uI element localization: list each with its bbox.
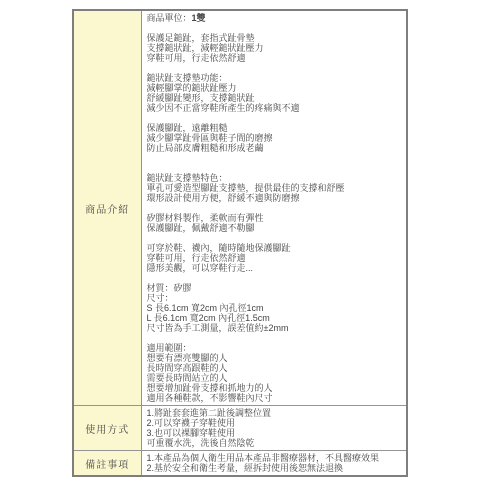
text-line	[147, 203, 402, 213]
text-line: 隱形美觀，可以穿鞋行走...	[147, 263, 402, 273]
text-line: 適用範圍：	[147, 343, 402, 353]
text-line	[147, 113, 402, 123]
text-line: S 長6.1cm 寬2cm 內孔徑1cm	[147, 303, 402, 313]
text-line: 減少因不正當穿鞋所產生的疼痛與不適	[147, 103, 402, 113]
text-line	[147, 273, 402, 283]
text-line: 尺寸：	[147, 293, 402, 303]
row-content: 商品單位：1雙保護足鎚趾，套指式趾骨墊支撐鎚狀趾，減輕鎚狀趾壓力穿鞋可用，行走依…	[141, 10, 407, 406]
text-line: 保護足鎚趾，套指式趾骨墊	[147, 33, 402, 43]
text-line: 防止局部皮膚粗糙和形成老繭	[147, 143, 402, 153]
text-line: 保護腳趾，佩戴舒適不勒腳	[147, 223, 402, 233]
text-line: 減輕腳掌的鎚狀趾壓力	[147, 83, 402, 93]
text-line: 適用各種鞋款，不影響鞋內尺寸	[147, 393, 402, 403]
table-row: 備註事項1.本產品為個人衛生用品本產品非醫療器材，不具醫療效果2.基於安全和衛生…	[73, 451, 407, 477]
text-line: 需要長時間站立的人	[147, 373, 402, 383]
text-line: 環形設計使用方便，舒緩不適與防磨擦	[147, 193, 402, 203]
text-line: 矽膠材料製作，柔軟而有彈性	[147, 213, 402, 223]
text-line: 尺寸皆為手工測量，誤差值約±2mm	[147, 323, 402, 333]
text-line: 鎚狀趾支撐墊特色：	[147, 173, 402, 183]
row-label: 使用方式	[73, 406, 141, 451]
text-line	[147, 23, 402, 33]
text-line: 保護腳趾，遠離粗糙	[147, 123, 402, 133]
row-content: 1.本產品為個人衛生用品本產品非醫療器材，不具醫療效果2.基於安全和衛生考量，經…	[141, 451, 407, 477]
product-spec-table: 商品介紹商品單位：1雙保護足鎚趾，套指式趾骨墊支撐鎚狀趾，減輕鎚狀趾壓力穿鞋可用…	[72, 9, 408, 477]
product-spec-table-body: 商品介紹商品單位：1雙保護足鎚趾，套指式趾骨墊支撐鎚狀趾，減輕鎚狀趾壓力穿鞋可用…	[73, 10, 407, 476]
table-row: 商品介紹商品單位：1雙保護足鎚趾，套指式趾骨墊支撐鎚狀趾，減輕鎚狀趾壓力穿鞋可用…	[73, 10, 407, 406]
text-line: 1.本產品為個人衛生用品本產品非醫療器材，不具醫療效果	[147, 453, 402, 463]
text-line: 商品單位：1雙	[147, 13, 402, 23]
text-line: L 長6.1cm 寬2cm 內孔徑1.5cm	[147, 313, 402, 323]
text-line	[147, 63, 402, 73]
text-line: 1.將趾套套進第二趾後調整位置	[147, 408, 402, 418]
text-line: 長時間穿高跟鞋的人	[147, 363, 402, 373]
row-label: 備註事項	[73, 451, 141, 477]
row-content: 1.將趾套套進第二趾後調整位置2.可以穿襪子穿鞋使用3.也可以裸腳穿鞋使用可重覆…	[141, 406, 407, 451]
page: 商品介紹商品單位：1雙保護足鎚趾，套指式趾骨墊支撐鎚狀趾，減輕鎚狀趾壓力穿鞋可用…	[0, 0, 480, 480]
text-line: 2.可以穿襪子穿鞋使用	[147, 418, 402, 428]
text-line: 單孔可愛造型腳趾支撐墊，提供最佳的支撐和舒壓	[147, 183, 402, 193]
text-line	[147, 153, 402, 163]
text-segment: 商品單位：	[147, 13, 192, 23]
text-line: 2.基於安全和衛生考量，經拆封使用後恕無法退換	[147, 463, 402, 473]
text-line: 穿鞋可用，行走依然舒適	[147, 53, 402, 63]
text-line: 穿鞋可用，行走依然舒適	[147, 253, 402, 263]
text-line: 支撐鎚狀趾，減輕鎚狀趾壓力	[147, 43, 402, 53]
table-row: 使用方式1.將趾套套進第二趾後調整位置2.可以穿襪子穿鞋使用3.也可以裸腳穿鞋使…	[73, 406, 407, 451]
text-line	[147, 233, 402, 243]
text-line: 材質：矽膠	[147, 283, 402, 293]
text-line	[147, 163, 402, 173]
text-line: 可重覆水洗，洗後自然陰乾	[147, 438, 402, 448]
text-line: 想要有漂亮雙腳的人	[147, 353, 402, 363]
text-line: 減少腳掌趾骨區與鞋子間的磨擦	[147, 133, 402, 143]
row-label: 商品介紹	[73, 10, 141, 406]
text-line: 想要增加趾骨支撐和抓地力的人	[147, 383, 402, 393]
text-line	[147, 333, 402, 343]
text-line: 3.也可以裸腳穿鞋使用	[147, 428, 402, 438]
text-line: 可穿於鞋、襪內，隨時隨地保護腳趾	[147, 243, 402, 253]
text-line: 鎚狀趾支撐墊功能：	[147, 73, 402, 83]
text-segment-bold: 1雙	[192, 13, 206, 23]
text-line: 舒緩腳趾變形，支撐鎚狀趾	[147, 93, 402, 103]
